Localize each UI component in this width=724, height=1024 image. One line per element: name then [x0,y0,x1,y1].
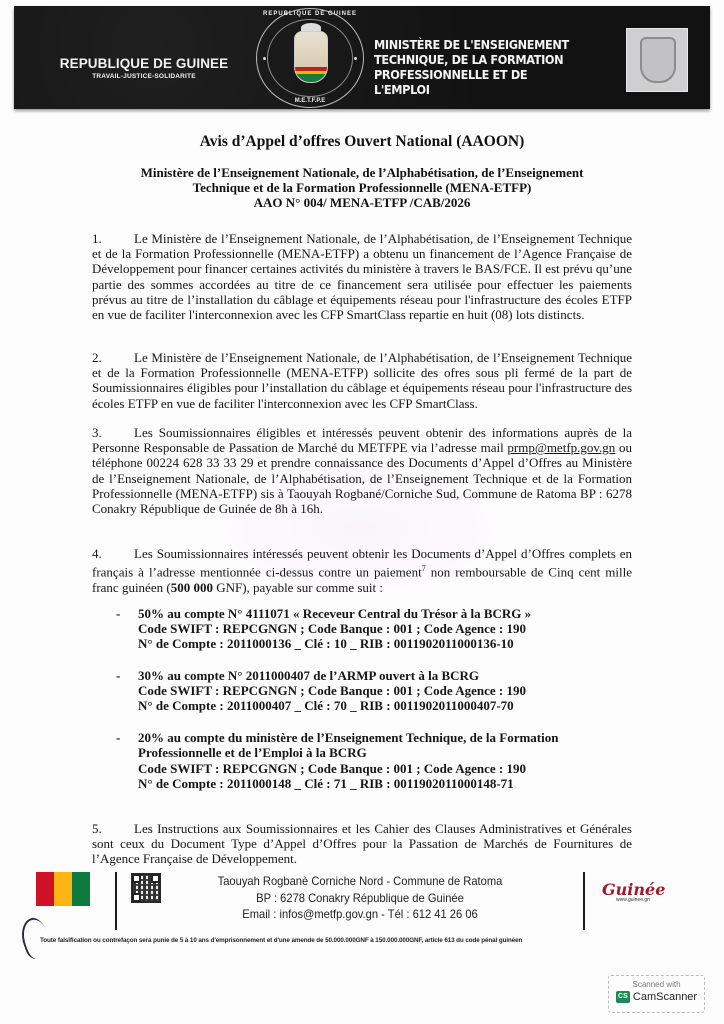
qr-finder [132,874,141,883]
payment-item: - 30% au compte N° 2011000407 de l’ARMP … [112,668,632,714]
payment-line: Code SWIFT : REPCGNGN ; Code Banque : 00… [138,683,632,698]
qr-finder [151,874,160,883]
paragraph-number: 3. [92,425,134,440]
qr-finder [132,893,141,902]
document-subtitle: Ministère de l’Enseignement Nationale, d… [0,165,724,210]
payment-item: - 20% au compte du ministère de l’Enseig… [112,730,632,791]
paragraph-text: Le Ministère de l’Enseignement Nationale… [92,231,632,322]
email-link[interactable]: prmp@metfp.gov.gn [507,440,615,455]
emblem-shield-icon [640,37,676,83]
footer-divider [583,872,585,930]
payment-line: N° de Compte : 2011000407 _ Clé : 70 _ R… [138,698,632,713]
reference-number: AAO N° 004/ MENA-ETFP /CAB/2026 [0,195,724,210]
paragraph-1: 1.Le Ministère de l’Enseignement Nationa… [92,231,632,322]
payment-line: Professionnelle et de l’Emploi à la BCRG [138,745,632,760]
ministry-line: PROFESSIONNELLE ET DE L'EMPLOI [374,68,576,98]
payment-line: 50% au compte N° 4111071 « Receveur Cent… [138,606,632,621]
paragraph-text: GNF), payable sur comme suit : [213,580,383,595]
country-block: REPUBLIQUE DE GUINEE TRAVAIL-JUSTICE-SOL… [54,56,234,80]
paragraph-number: 4. [92,546,134,561]
camscanner-badge: Scanned with CS CamScanner [608,975,705,1013]
paragraph-3: 3.Les Soumissionnaires éligibles et inté… [92,425,632,516]
subtitle-line: Technique et de la Formation Professionn… [0,180,724,195]
payment-line: N° de Compte : 2011000148 _ Clé : 71 _ R… [138,776,632,791]
paragraph-text: Les Instructions aux Soumissionnaires et… [92,821,632,866]
paragraph-number: 1. [92,231,134,246]
flag-stripe-yellow [54,872,72,906]
ministry-name: MINISTÈRE DE L'ENSEIGNEMENT TECHNIQUE, D… [374,38,576,98]
fee-amount: 500 000 [171,580,213,595]
payment-line: Code SWIFT : REPCGNGN ; Code Banque : 00… [138,761,632,776]
ministry-seal-icon: REPUBLIQUE DE GUINEE M.E.T.F.P.E [256,8,364,108]
guinee-brand-logo: Guinée www.guinee.gn [602,880,664,903]
camscanner-brand: CS CamScanner [609,991,704,1003]
payment-line: 20% au compte du ministère de l’Enseigne… [138,730,632,745]
bullet-dash: - [116,730,120,745]
contact-line: Email : infos@metfp.gov.gn - Tél : 612 4… [188,906,532,923]
guinea-flag-icon [36,872,90,906]
ministry-line: TECHNIQUE, DE LA FORMATION [374,53,576,68]
seal-top-text: REPUBLIQUE DE GUINEE [257,11,363,17]
camscanner-icon: CS [616,991,630,1003]
footer-divider [115,872,117,930]
scanned-with-label: Scanned with [609,980,704,989]
paragraph-4: 4.Les Soumissionnaires intéressés peuven… [92,546,632,595]
payment-item: - 50% au compte N° 4111071 « Receveur Ce… [112,606,632,652]
bullet-dash: - [116,606,120,621]
payment-line: Code SWIFT : REPCGNGN ; Code Banque : 00… [138,621,632,636]
subtitle-line: Ministère de l’Enseignement Nationale, d… [0,165,724,180]
camscanner-name: CamScanner [633,991,697,1003]
payment-line: N° de Compte : 2011000136 _ Clé : 10 _ R… [138,636,632,651]
header-banner: REPUBLIQUE DE GUINEE TRAVAIL-JUSTICE-SOL… [14,6,710,109]
qr-code-icon[interactable] [131,873,161,903]
national-motto: TRAVAIL-JUSTICE-SOLIDARITE [54,73,234,80]
paragraph-5: 5.Les Instructions aux Soumissionnaires … [92,821,632,867]
address-line: Taouyah Rogbanè Corniche Nord - Commune … [188,873,532,890]
document-title: Avis d’Appel d’offres Ouvert National (A… [0,133,724,151]
payment-list: - 50% au compte N° 4111071 « Receveur Ce… [112,606,632,807]
bullet-dash: - [116,668,120,683]
seal-bottom-text: M.E.T.F.P.E [257,98,363,104]
paragraph-2: 2.Le Ministère de l’Enseignement Nationa… [92,350,632,411]
paragraph-text: Le Ministère de l’Enseignement Nationale… [92,350,632,411]
national-emblem-icon [626,28,688,92]
ministry-line: MINISTÈRE DE L'ENSEIGNEMENT [374,38,576,53]
footer-address: Taouyah Rogbanè Corniche Nord - Commune … [188,873,532,923]
paragraph-number: 2. [92,350,134,365]
legal-disclaimer: Toute falsification ou contrefaçon sera … [40,937,700,944]
flag-stripe-red [36,872,54,906]
coat-of-arms-icon [294,31,328,83]
paragraph-number: 5. [92,821,134,836]
country-name: REPUBLIQUE DE GUINEE [54,56,234,71]
seal-dot-right [354,57,357,60]
seal-dot-left [263,57,266,60]
address-line: BP : 6278 Conakry République de Guinée [188,890,532,907]
payment-line: 30% au compte N° 2011000407 de l’ARMP ou… [138,668,632,683]
flag-stripe-green [72,872,90,906]
